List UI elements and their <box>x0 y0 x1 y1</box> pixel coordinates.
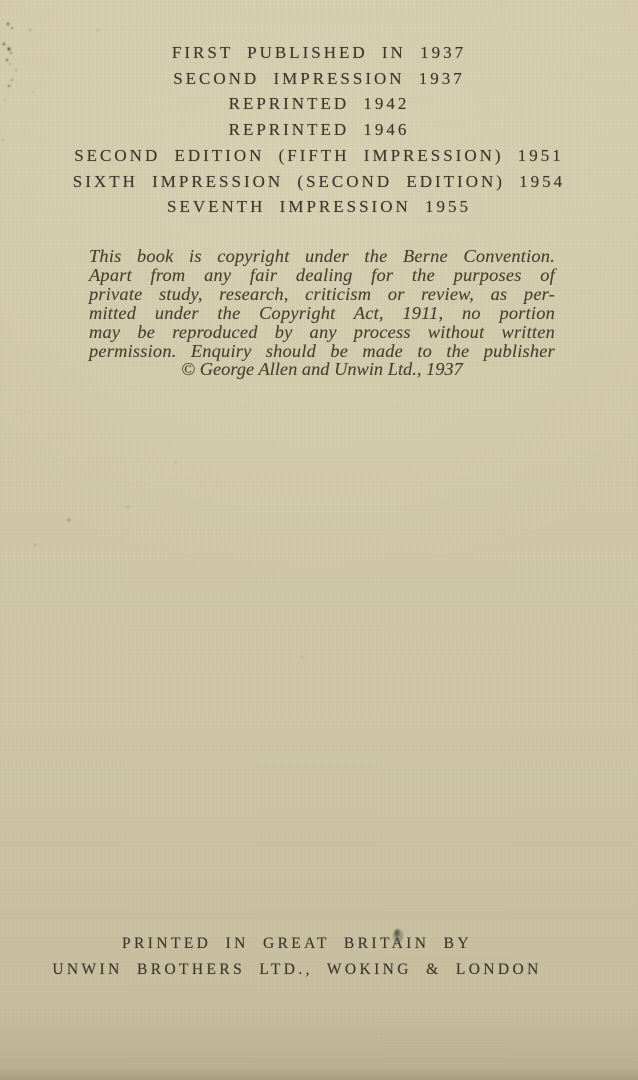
edition-history-line: SEVENTH IMPRESSION 1955 <box>0 194 638 220</box>
printer-imprint-line: UNWIN BROTHERS LTD., WOKING & LONDON <box>0 957 616 983</box>
edition-history-block: FIRST PUBLISHED IN 1937 SECOND IMPRESSIO… <box>0 40 638 220</box>
edition-history-line: SIXTH IMPRESSION (SECOND EDITION) 1954 <box>0 169 638 195</box>
copyright-notice-block: This book is copyright under the Berne C… <box>89 247 555 380</box>
copyright-attribution-line: © George Allen and Unwin Ltd., 1937 <box>89 360 555 380</box>
book-copyright-page: FIRST PUBLISHED IN 1937 SECOND IMPRESSIO… <box>0 0 638 1080</box>
copyright-notice-line: Apart from any fair dealing for the purp… <box>89 266 555 285</box>
copyright-notice-line: mitted under the Copyright Act, 1911, no… <box>89 304 555 323</box>
edition-history-line: REPRINTED 1946 <box>0 117 638 143</box>
copyright-notice-line: This book is copyright under the Berne C… <box>89 247 555 266</box>
copyright-notice-line: permission. Enquiry should be made to th… <box>89 342 555 361</box>
edition-history-line: REPRINTED 1942 <box>0 91 638 117</box>
printer-imprint-line: PRINTED IN GREAT BRITAIN BY <box>0 931 616 957</box>
edition-history-line: SECOND EDITION (FIFTH IMPRESSION) 1951 <box>0 143 638 169</box>
copyright-notice-line: may be reproduced by any process without… <box>89 323 555 342</box>
copyright-notice-line: private study, research, criticism or re… <box>89 285 555 304</box>
edition-history-line: FIRST PUBLISHED IN 1937 <box>0 40 638 66</box>
printer-imprint-block: PRINTED IN GREAT BRITAIN BY UNWIN BROTHE… <box>0 931 616 983</box>
edition-history-line: SECOND IMPRESSION 1937 <box>0 66 638 92</box>
